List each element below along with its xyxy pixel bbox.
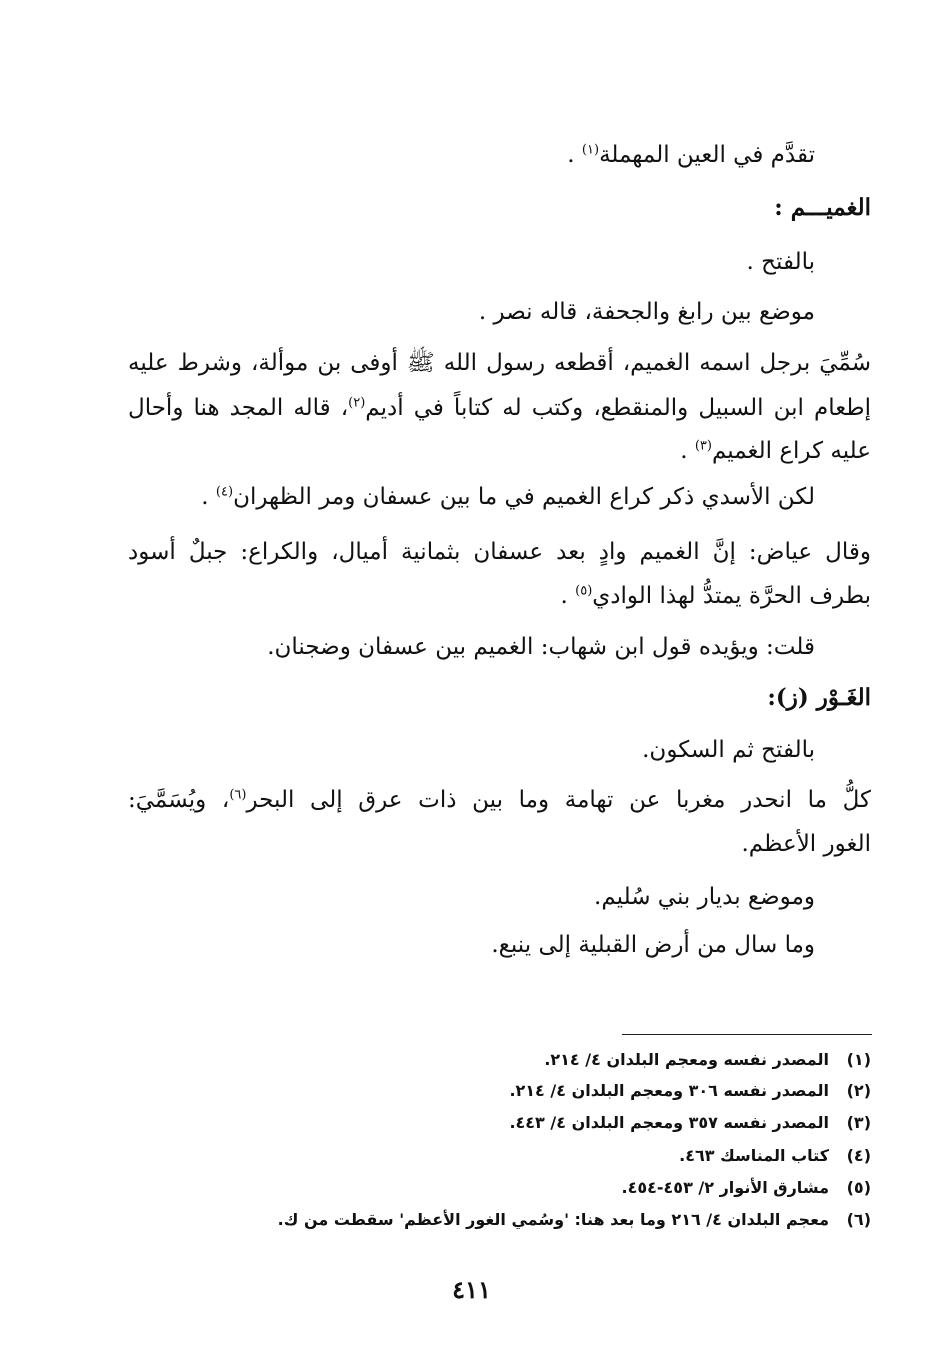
text-line-9: وقال عياض: إنَّ الغميم وادٍ بعد عسفان بث… [128,537,871,567]
footnote-ref-3: (٣) [695,438,712,453]
footnote-5: (٥)مشارق الأنوار ٢/ ٤٥٣-٤٥٤. [622,1178,871,1198]
footnote-3: (٣)المصدر نفسه ٣٥٧ ومعجم البلدان ٤/ ٤٤٣. [509,1113,871,1133]
footnote-ref-2: (٢) [348,395,365,410]
footnote-separator [622,1034,872,1035]
footnote-6: (٦)معجم البلدان ٤/ ٢١٦ وما بعد هنا: 'وسُ… [278,1210,871,1230]
text-line-13: بالفتح ثم السكون. [642,735,815,765]
footnote-4: (٤)كتاب المناسك ٤٦٣. [679,1146,871,1166]
text-line-7: عليه كراع الغميم(٣) . [680,436,871,466]
footnote-ref-4: (٤) [216,484,233,499]
footnote-ref-5: (٥) [575,583,592,598]
footnote-2: (٢)المصدر نفسه ٣٠٦ ومعجم البلدان ٤/ ٢١٤. [509,1081,871,1101]
footnote-ref-6: (٦) [229,787,246,802]
text-line-6: إطعام ابن السبيل والمنقطع، وكتب له كتابا… [128,393,871,423]
entry-heading-ghamim: الغميـــم : [774,193,871,223]
page-number: ٤١١ [0,1275,943,1304]
footnote-ref-1: (١) [582,142,599,157]
text-line-4: موضع بين رابغ والجحفة، قاله نصر . [479,297,815,327]
text-line-1: تقدَّم في العين المهملة(١) . [567,140,815,170]
text-line-3: بالفتح . [747,247,815,277]
entry-heading-ghawr: الغَـوْر (ز): [767,683,871,713]
book-page: تقدَّم في العين المهملة(١) . الغميـــم :… [0,0,943,1361]
text-line-5: سُمِّيَ برجل اسمه الغميم، أقطعه رسول الل… [128,348,871,378]
text-line-15: الغور الأعظم. [741,829,871,859]
text-line-14: كلُّ ما انحدر مغربا عن تهامة وما بين ذات… [128,785,871,815]
footnote-1: (١)المصدر نفسه ومعجم البلدان ٤/ ٢١٤. [544,1050,871,1070]
text-line-17: وما سال من أرض القبلية إلى ينبع. [491,930,815,960]
text-line-16: وموضع بديار بني سُليم. [594,882,815,912]
text-line-8: لكن الأسدي ذكر كراع الغميم في ما بين عسف… [201,482,815,512]
text-line-11: قلت: ويؤيده قول ابن شهاب: الغميم بين عسف… [267,632,815,662]
text-line-10: بطرف الحرَّة يمتدُّ لهذا الوادي(٥) . [561,581,872,611]
